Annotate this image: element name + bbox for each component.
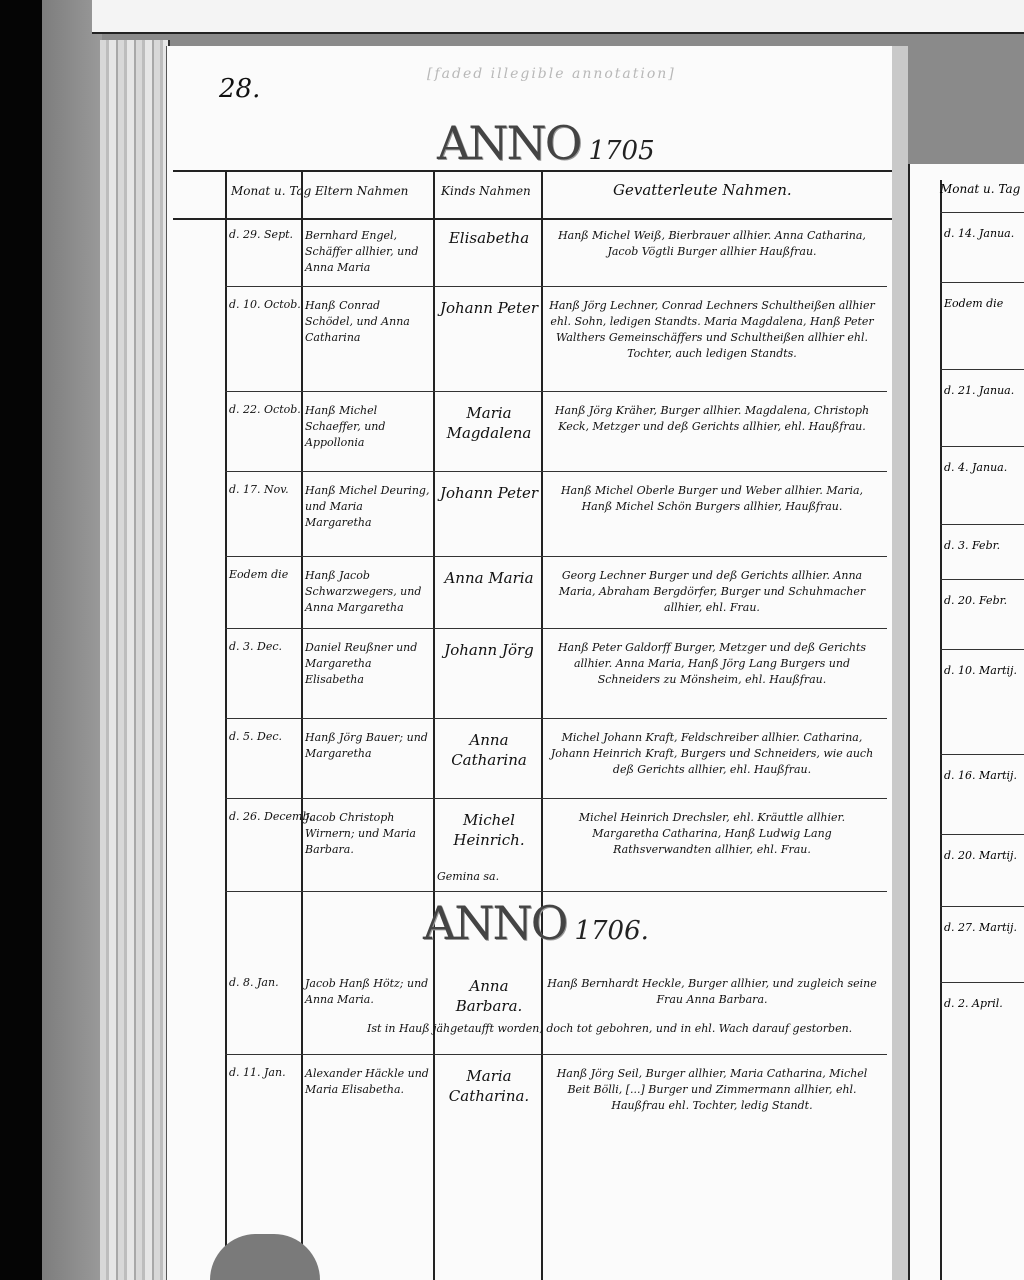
entry-child: Johann Peter <box>437 483 541 503</box>
entry-godparents: Hanß Bernhardt Heckle, Burger allhier, u… <box>547 976 877 1008</box>
column-divider <box>225 170 227 1280</box>
entry-child: Maria Magdalena <box>437 403 541 443</box>
entry-note: Gemina sa. <box>437 870 499 883</box>
entry-child: Johann Jörg <box>437 640 541 660</box>
entry-child: Elisabetha <box>437 228 541 248</box>
row-divider <box>225 391 887 392</box>
entry-parents: Jacob Hanß Hötz; und Anna Maria. <box>305 976 431 1008</box>
entry-parents: Daniel Reußner und Margaretha Elisabetha <box>305 640 431 688</box>
column-divider <box>940 180 942 1280</box>
year-heading-1706: ANNO1706. <box>423 896 649 950</box>
row-divider <box>225 286 887 287</box>
column-header-row: Monat u. Tag Eltern Nahmen Kinds Nahmen … <box>173 170 893 220</box>
page-number: 28. <box>219 74 260 104</box>
entry-godparents: Hanß Michel Oberle Burger und Weber allh… <box>547 483 877 515</box>
entry-child: Johann Peter <box>437 298 541 318</box>
column-divider <box>541 170 543 1280</box>
entry-date: d. 22. Octob. <box>229 403 301 416</box>
overlapping-sheet <box>92 0 1024 34</box>
register-page: 28. [faded illegible annotation] ANNO170… <box>166 46 893 1280</box>
entry-parents: Hanß Jacob Schwarzwegers, und Anna Marga… <box>305 568 431 616</box>
facing-col-header: Monat u. Tag <box>940 182 1020 196</box>
entry-parents: Jacob Christoph Wirnern; und Maria Barba… <box>305 810 431 858</box>
entry-godparents: Georg Lechner Burger und deß Gerichts al… <box>547 568 877 616</box>
facing-row-date: d. 21. Janua. <box>940 369 1024 411</box>
facing-row-date: d. 27. Martij. <box>940 906 1024 948</box>
entry-parents: Alexander Häckle und Maria Elisabetha. <box>305 1066 431 1098</box>
scan-background <box>42 0 102 1280</box>
col-header-parents: Eltern Nahmen <box>315 184 408 198</box>
entry-parents: Hanß Conrad Schödel, und Anna Catharina <box>305 298 431 346</box>
entry-parents: Hanß Michel Schaeffer, und Appollonia <box>305 403 431 451</box>
row-divider <box>225 471 887 472</box>
entry-date: d. 29. Sept. <box>229 228 293 241</box>
scan-border <box>0 0 42 1280</box>
facing-row-date: d. 16. Martij. <box>940 754 1024 796</box>
row-divider <box>225 891 887 892</box>
entry-child: Michel Heinrich. <box>437 810 541 850</box>
facing-row-date: d. 3. Febr. <box>940 524 1024 566</box>
faded-annotation: [faded illegible annotation] <box>427 66 847 82</box>
row-divider <box>225 718 887 719</box>
entry-parents: Bernhard Engel, Schäffer allhier, und An… <box>305 228 431 276</box>
entry-date: d. 3. Dec. <box>229 640 282 653</box>
entry-date: d. 26. Decemb. <box>229 810 313 823</box>
entry-date: d. 5. Dec. <box>229 730 282 743</box>
entry-godparents: Hanß Jörg Seil, Burger allhier, Maria Ca… <box>547 1066 877 1114</box>
col-header-child: Kinds Nahmen <box>441 184 531 198</box>
entry-child: Anna Maria <box>437 568 541 588</box>
col-header-godparents: Gevatterleute Nahmen. <box>613 181 792 199</box>
entry-note: Ist in Hauß jähgetaufft worden, doch tot… <box>367 1022 867 1035</box>
col-header-date: Monat u. Tag <box>231 184 311 198</box>
entry-godparents: Hanß Michel Weiß, Bierbrauer allhier. An… <box>547 228 877 260</box>
facing-row-date: d. 20. Febr. <box>940 579 1024 621</box>
entry-date: d. 10. Octob. <box>229 298 301 311</box>
page-gutter <box>892 46 908 1280</box>
entry-godparents: Michel Heinrich Drechsler, ehl. Kräuttle… <box>547 810 877 858</box>
facing-row-date: d. 14. Janua. <box>940 212 1024 254</box>
book-binding <box>100 40 170 1280</box>
column-divider <box>301 170 303 1280</box>
entry-godparents: Michel Johann Kraft, Feldschreiber allhi… <box>547 730 877 778</box>
row-divider <box>225 628 887 629</box>
entry-parents: Hanß Michel Deuring, und Maria Margareth… <box>305 483 431 531</box>
row-divider <box>225 556 887 557</box>
facing-row-date: d. 2. April. <box>940 982 1024 1024</box>
row-divider <box>225 798 887 799</box>
row-divider <box>225 1054 887 1055</box>
entry-date: d. 17. Nov. <box>229 483 289 496</box>
entry-godparents: Hanß Peter Galdorff Burger, Metzger und … <box>547 640 877 688</box>
facing-page: Monat u. Tag d. 14. Janua.Eodem died. 21… <box>908 164 1024 1280</box>
facing-row-date: d. 20. Martij. <box>940 834 1024 876</box>
entry-child: Anna Catharina <box>437 730 541 770</box>
entry-child: Anna Barbara. <box>437 976 541 1016</box>
entry-godparents: Hanß Jörg Kräher, Burger allhier. Magdal… <box>547 403 877 435</box>
entry-parents: Hanß Jörg Bauer; und Margaretha <box>305 730 431 762</box>
entry-date: d. 11. Jan. <box>229 1066 286 1079</box>
column-divider <box>433 170 435 1280</box>
facing-row-date: d. 4. Janua. <box>940 446 1024 488</box>
entry-date: d. 8. Jan. <box>229 976 279 989</box>
entry-child: Maria Catharina. <box>437 1066 541 1106</box>
entry-godparents: Hanß Jörg Lechner, Conrad Lechners Schul… <box>547 298 877 362</box>
facing-row-date: Eodem die <box>940 282 1024 324</box>
facing-row-date: d. 10. Martij. <box>940 649 1024 691</box>
entry-date: Eodem die <box>229 568 288 581</box>
year-heading-1705: ANNO1705 <box>437 116 655 170</box>
